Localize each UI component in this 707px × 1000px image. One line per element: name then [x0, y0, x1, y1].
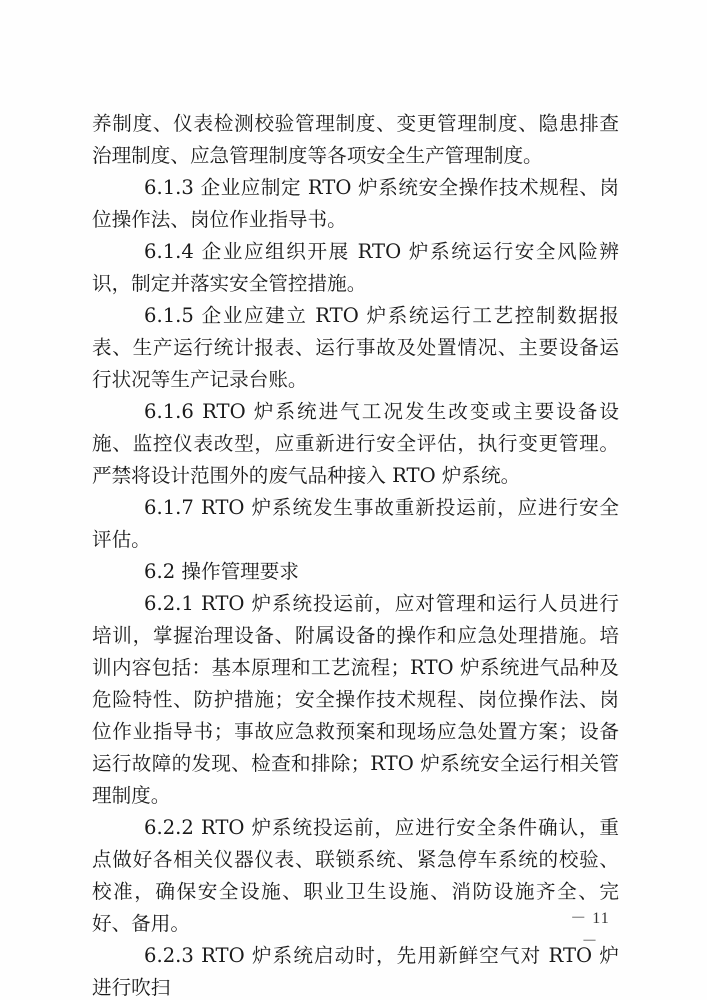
paragraph-6-1-7: 6.1.7 RTO 炉系统发生事故重新投运前，应进行安全评估。 — [92, 492, 619, 556]
body-text: 养制度、仪表检测校验管理制度、变更管理制度、隐患排查治理制度、应急管理制度等各项… — [92, 108, 619, 1000]
paragraph-6-1-3: 6.1.3 企业应制定 RTO 炉系统安全操作技术规程、岗位操作法、岗位作业指导… — [92, 172, 619, 236]
paragraph-6-2-1: 6.2.1 RTO 炉系统投运前，应对管理和运行人员进行培训，掌握治理设备、附属… — [92, 588, 619, 812]
paragraph-6-2-3: 6.2.3 RTO 炉系统启动时，先用新鲜空气对 RTO 炉进行吹扫 — [92, 940, 619, 1000]
page-number: － 11 － — [560, 905, 620, 951]
paragraph-6-2-2: 6.2.2 RTO 炉系统投运前，应进行安全条件确认，重点做好各相关仪器仪表、联… — [92, 812, 619, 940]
paragraph-6-1-6: 6.1.6 RTO 炉系统进气工况发生改变或主要设备设施、监控仪表改型，应重新进… — [92, 396, 619, 492]
paragraph-6-1-4: 6.1.4 企业应组织开展 RTO 炉系统运行安全风险辨识，制定并落实安全管控措… — [92, 236, 619, 300]
document-page: 养制度、仪表检测校验管理制度、变更管理制度、隐患排查治理制度、应急管理制度等各项… — [0, 0, 707, 1000]
paragraph-6-1-5: 6.1.5 企业应建立 RTO 炉系统运行工艺控制数据报表、生产运行统计报表、运… — [92, 300, 619, 396]
paragraph-continuation: 养制度、仪表检测校验管理制度、变更管理制度、隐患排查治理制度、应急管理制度等各项… — [92, 108, 619, 172]
section-heading-6-2: 6.2 操作管理要求 — [92, 556, 619, 588]
